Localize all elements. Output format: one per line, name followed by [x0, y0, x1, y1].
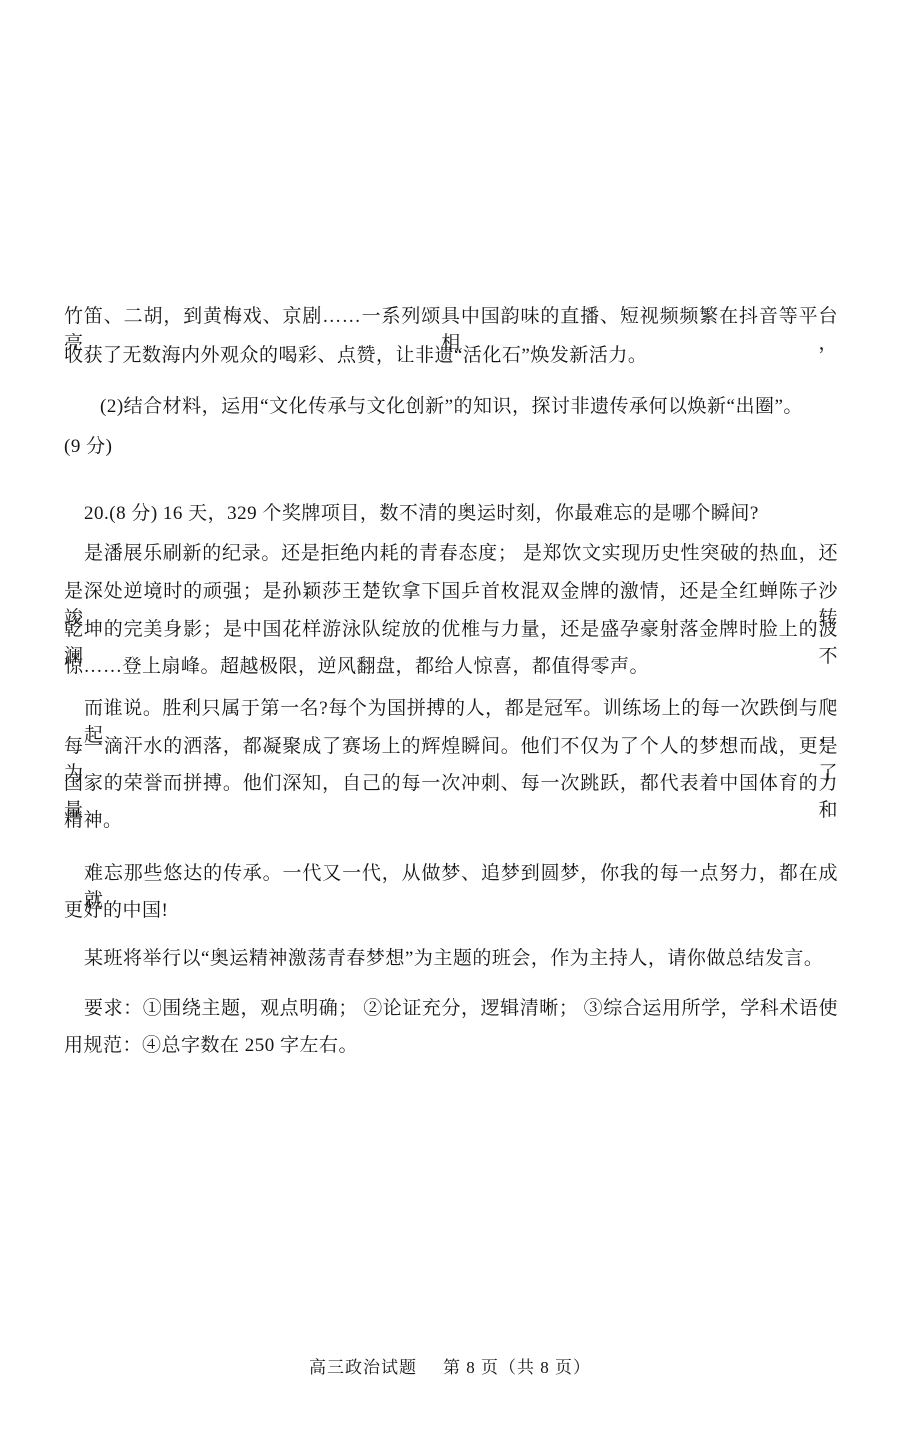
requirements-line: 要求：①围绕主题，观点明确； ②论证充分，逻辑清晰； ③综合运用所学，学科术语使 — [64, 995, 838, 1022]
exam-paper-page: 竹笛、二胡，到黄梅戏、京剧……一系列颂具中国韵味的直播、短视频频繁在抖音等平台亮… — [0, 0, 900, 1434]
question-19-part2-score: (9 分) — [64, 433, 838, 460]
document-line: 惊……登上扇峰。超越极限，逆风翻盘，都给人惊喜，都值得零声。 — [64, 653, 838, 680]
question-20-heading: 20.(8 分) 16 天，329 个奖牌项目，数不清的奥运时刻，你最难忘的是哪… — [64, 500, 838, 527]
document-line: 更好的中国! — [64, 897, 838, 924]
footer-page-number: 第 8 页（共 8 页） — [443, 1358, 591, 1377]
document-line: 是潘展乐刷新的纪录。还是拒绝内耗的青春态度； 是郑饮文实现历史性突破的热血，还 — [64, 540, 838, 567]
question-19-part2: (2)结合材料，运用“文化传承与文化创新”的知识，探讨非遗传承何以焕新“出圈”。 — [64, 393, 838, 420]
requirements-line: 用规范：④总字数在 250 字左右。 — [64, 1032, 838, 1059]
document-line: 某班将举行以“奥运精神激荡青春梦想”为主题的班会，作为主持人，请你做总结发言。 — [64, 945, 838, 972]
document-line: 收获了无数海内外观众的喝彩、点赞，让非遗“活化石”焕发新活力。 — [64, 342, 838, 369]
footer-document-title: 高三政治试题 — [309, 1358, 417, 1377]
document-line: 精神。 — [64, 807, 838, 834]
page-footer: 高三政治试题第 8 页（共 8 页） — [0, 1353, 900, 1378]
